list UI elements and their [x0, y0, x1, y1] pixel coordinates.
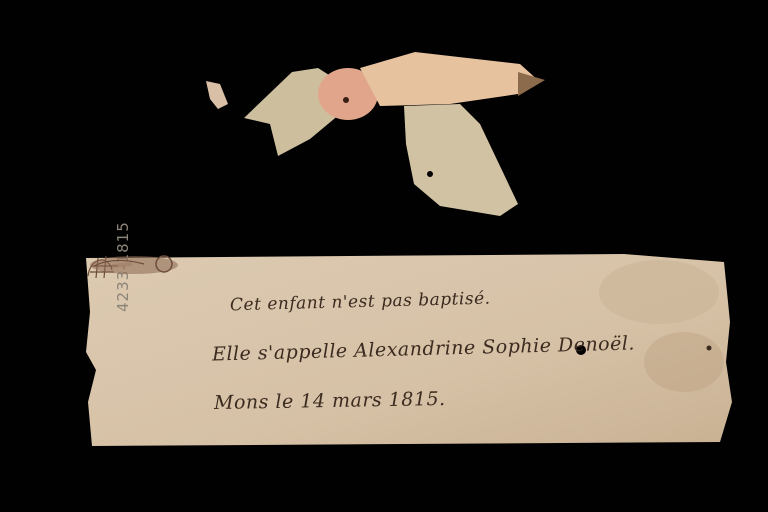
handwritten-note: 4233-1815 Cet enfant n'est pas baptisé. … [84, 252, 734, 448]
ink-smudge-mark [84, 252, 184, 278]
textile-ribbon-token [200, 44, 545, 219]
note-line-3: Mons le 14 mars 1815. [214, 388, 446, 414]
photo-scene: 4233-1815 Cet enfant n'est pas baptisé. … [0, 0, 768, 512]
